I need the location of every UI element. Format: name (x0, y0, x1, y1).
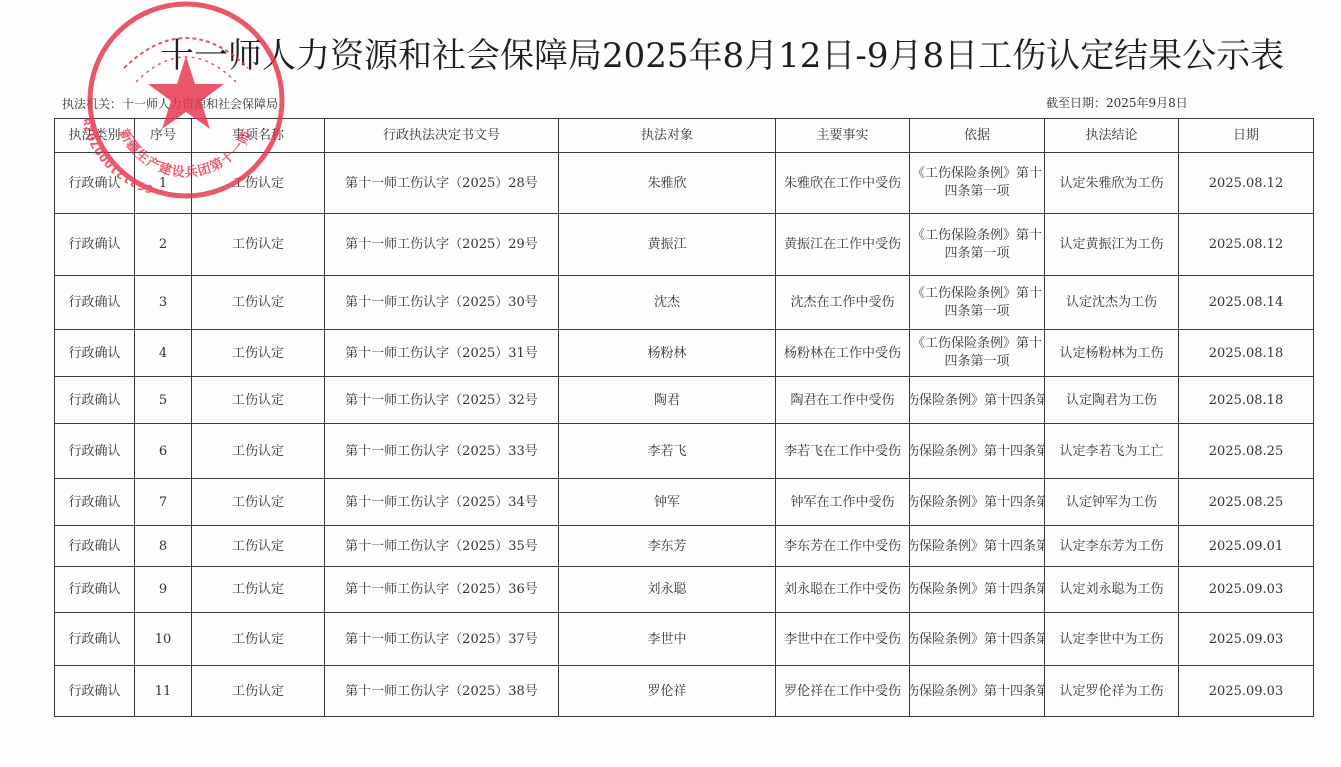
cell-date: 2025.09.03 (1179, 666, 1314, 717)
cell-subject: 李世中 (559, 613, 776, 666)
table-row: 行政确认1工伤认定第十一师工伤认字（2025）28号朱雅欣朱雅欣在工作中受伤《工… (55, 153, 1314, 214)
cell-basis: 《工伤保险条例》第十四条第一项 (910, 567, 1045, 613)
cell-item: 工伤认定 (192, 276, 325, 330)
cell-basis: 《工伤保险条例》第十四条第一项 (910, 153, 1045, 214)
cell-date: 2025.09.03 (1179, 613, 1314, 666)
cell-subject: 沈杰 (559, 276, 776, 330)
cell-conclusion: 认定李东芳为工伤 (1045, 526, 1179, 567)
basis-text: 《工伤保险条例》第十四条第一项 (910, 392, 1045, 409)
table-row: 行政确认3工伤认定第十一师工伤认字（2025）30号沈杰沈杰在工作中受伤《工伤保… (55, 276, 1314, 330)
cell-conclusion: 认定李若飞为工亡 (1045, 424, 1179, 479)
cell-no: 7 (135, 479, 192, 526)
cell-no: 5 (135, 377, 192, 424)
cell-fact: 李东芳在工作中受伤 (776, 526, 910, 567)
cell-category: 行政确认 (55, 526, 135, 567)
cell-conclusion: 认定杨粉林为工伤 (1045, 330, 1179, 377)
table-row: 行政确认7工伤认定第十一师工伤认字（2025）34号钟军钟军在工作中受伤《工伤保… (55, 479, 1314, 526)
cell-item: 工伤认定 (192, 424, 325, 479)
cell-fact: 黄振江在工作中受伤 (776, 214, 910, 276)
cell-subject: 陶君 (559, 377, 776, 424)
cell-no: 2 (135, 214, 192, 276)
cell-fact: 钟军在工作中受伤 (776, 479, 910, 526)
cell-doc-no: 第十一师工伤认字（2025）34号 (325, 479, 559, 526)
cell-date: 2025.08.18 (1179, 330, 1314, 377)
cell-fact: 沈杰在工作中受伤 (776, 276, 910, 330)
cutoff-date: 截至日期：2025年9月8日 (1046, 94, 1188, 111)
enforcement-agency: 执法机关：十一师人力资源和社会保障局 (62, 95, 278, 112)
table-row: 行政确认4工伤认定第十一师工伤认字（2025）31号杨粉林杨粉林在工作中受伤《工… (55, 330, 1314, 377)
results-table: 执法类别 序号 事项名称 行政执法决定书文号 执法对象 主要事实 依据 执法结论… (54, 118, 1314, 717)
cell-category: 行政确认 (55, 330, 135, 377)
table-row: 行政确认8工伤认定第十一师工伤认字（2025）35号李东芳李东芳在工作中受伤《工… (55, 526, 1314, 567)
header-doc-no: 行政执法决定书文号 (325, 119, 559, 153)
cell-basis: 《工伤保险条例》第十四条第一项 (910, 377, 1045, 424)
cell-doc-no: 第十一师工伤认字（2025）31号 (325, 330, 559, 377)
cell-basis: 《工伤保险条例》第十四条第一项 (910, 276, 1045, 330)
header-conclusion: 执法结论 (1045, 119, 1179, 153)
cell-subject: 杨粉林 (559, 330, 776, 377)
cell-date: 2025.08.18 (1179, 377, 1314, 424)
cell-doc-no: 第十一师工伤认字（2025）28号 (325, 153, 559, 214)
cell-subject: 钟军 (559, 479, 776, 526)
table-row: 行政确认5工伤认定第十一师工伤认字（2025）32号陶君陶君在工作中受伤《工伤保… (55, 377, 1314, 424)
cell-doc-no: 第十一师工伤认字（2025）36号 (325, 567, 559, 613)
cell-basis: 《工伤保险条例》第十四条第一项 (910, 214, 1045, 276)
table-header-row: 执法类别 序号 事项名称 行政执法决定书文号 执法对象 主要事实 依据 执法结论… (55, 119, 1314, 153)
header-basis: 依据 (910, 119, 1045, 153)
cell-doc-no: 第十一师工伤认字（2025）37号 (325, 613, 559, 666)
cell-basis: 《工伤保险条例》第十四条第一项 (910, 424, 1045, 479)
cell-item: 工伤认定 (192, 526, 325, 567)
cell-doc-no: 第十一师工伤认字（2025）33号 (325, 424, 559, 479)
cell-no: 4 (135, 330, 192, 377)
cell-basis: 《工伤保险条例》第十四条第一项 (910, 479, 1045, 526)
table-body: 行政确认1工伤认定第十一师工伤认字（2025）28号朱雅欣朱雅欣在工作中受伤《工… (55, 153, 1314, 717)
cell-date: 2025.08.12 (1179, 153, 1314, 214)
basis-text: 《工伤保险条例》第十四条第一项 (910, 494, 1045, 511)
cell-item: 工伤认定 (192, 567, 325, 613)
cell-conclusion: 认定钟军为工伤 (1045, 479, 1179, 526)
cell-item: 工伤认定 (192, 153, 325, 214)
cell-subject: 李若飞 (559, 424, 776, 479)
cell-fact: 罗伦祥在工作中受伤 (776, 666, 910, 717)
table-row: 行政确认2工伤认定第十一师工伤认字（2025）29号黄振江黄振江在工作中受伤《工… (55, 214, 1314, 276)
cell-date: 2025.09.01 (1179, 526, 1314, 567)
cell-conclusion: 认定朱雅欣为工伤 (1045, 153, 1179, 214)
cell-subject: 黄振江 (559, 214, 776, 276)
cell-basis: 《工伤保险条例》第十四条第一项 (910, 330, 1045, 377)
cell-category: 行政确认 (55, 613, 135, 666)
cell-subject: 刘永聪 (559, 567, 776, 613)
cell-conclusion: 认定黄振江为工伤 (1045, 214, 1179, 276)
cell-fact: 刘永聪在工作中受伤 (776, 567, 910, 613)
table-row: 行政确认6工伤认定第十一师工伤认字（2025）33号李若飞李若飞在工作中受伤《工… (55, 424, 1314, 479)
cell-date: 2025.08.14 (1179, 276, 1314, 330)
cell-category: 行政确认 (55, 214, 135, 276)
basis-text: 《工伤保险条例》第十四条第一项 (910, 581, 1045, 598)
cell-basis: 《工伤保险条例》第十四条第一项 (910, 526, 1045, 567)
header-fact: 主要事实 (776, 119, 910, 153)
page-title: 十一师人力资源和社会保障局2025年8月12日-9月8日工伤认定结果公示表 (160, 28, 1220, 77)
cell-fact: 李世中在工作中受伤 (776, 613, 910, 666)
cell-conclusion: 认定罗伦祥为工伤 (1045, 666, 1179, 717)
header-no: 序号 (135, 119, 192, 153)
cell-item: 工伤认定 (192, 479, 325, 526)
table-row: 行政确认10工伤认定第十一师工伤认字（2025）37号李世中李世中在工作中受伤《… (55, 613, 1314, 666)
cell-doc-no: 第十一师工伤认字（2025）32号 (325, 377, 559, 424)
cell-fact: 朱雅欣在工作中受伤 (776, 153, 910, 214)
cell-item: 工伤认定 (192, 613, 325, 666)
cell-conclusion: 认定李世中为工伤 (1045, 613, 1179, 666)
cell-date: 2025.09.03 (1179, 567, 1314, 613)
cell-fact: 李若飞在工作中受伤 (776, 424, 910, 479)
cell-item: 工伤认定 (192, 214, 325, 276)
cell-no: 3 (135, 276, 192, 330)
cell-item: 工伤认定 (192, 666, 325, 717)
cell-fact: 陶君在工作中受伤 (776, 377, 910, 424)
cell-no: 10 (135, 613, 192, 666)
cell-doc-no: 第十一师工伤认字（2025）35号 (325, 526, 559, 567)
cell-conclusion: 认定刘永聪为工伤 (1045, 567, 1179, 613)
cell-no: 9 (135, 567, 192, 613)
basis-text: 《工伤保险条例》第十四条第一项 (910, 538, 1045, 555)
cell-category: 行政确认 (55, 666, 135, 717)
cell-category: 行政确认 (55, 479, 135, 526)
header-subject: 执法对象 (559, 119, 776, 153)
basis-text: 《工伤保险条例》第十四条第一项 (910, 683, 1045, 700)
cell-category: 行政确认 (55, 567, 135, 613)
cell-date: 2025.08.25 (1179, 479, 1314, 526)
cell-doc-no: 第十一师工伤认字（2025）38号 (325, 666, 559, 717)
cell-doc-no: 第十一师工伤认字（2025）29号 (325, 214, 559, 276)
basis-text: 《工伤保险条例》第十四条第一项 (910, 631, 1045, 648)
cell-no: 1 (135, 153, 192, 214)
cell-basis: 《工伤保险条例》第十四条第一项 (910, 613, 1045, 666)
cell-no: 8 (135, 526, 192, 567)
table-row: 行政确认9工伤认定第十一师工伤认字（2025）36号刘永聪刘永聪在工作中受伤《工… (55, 567, 1314, 613)
basis-text: 《工伤保险条例》第十四条第一项 (910, 443, 1045, 460)
cell-date: 2025.08.12 (1179, 214, 1314, 276)
cell-category: 行政确认 (55, 424, 135, 479)
cell-category: 行政确认 (55, 153, 135, 214)
cell-basis: 《工伤保险条例》第十四条第一项 (910, 666, 1045, 717)
cell-item: 工伤认定 (192, 330, 325, 377)
cell-subject: 李东芳 (559, 526, 776, 567)
cell-category: 行政确认 (55, 377, 135, 424)
cell-subject: 朱雅欣 (559, 153, 776, 214)
cell-date: 2025.08.25 (1179, 424, 1314, 479)
cell-doc-no: 第十一师工伤认字（2025）30号 (325, 276, 559, 330)
cell-no: 6 (135, 424, 192, 479)
header-category: 执法类别 (55, 119, 135, 153)
cell-item: 工伤认定 (192, 377, 325, 424)
header-item: 事项名称 (192, 119, 325, 153)
header-date: 日期 (1179, 119, 1314, 153)
cell-category: 行政确认 (55, 276, 135, 330)
cell-conclusion: 认定沈杰为工伤 (1045, 276, 1179, 330)
table-row: 行政确认11工伤认定第十一师工伤认字（2025）38号罗伦祥罗伦祥在工作中受伤《… (55, 666, 1314, 717)
cell-conclusion: 认定陶君为工伤 (1045, 377, 1179, 424)
cell-fact: 杨粉林在工作中受伤 (776, 330, 910, 377)
cell-subject: 罗伦祥 (559, 666, 776, 717)
cell-no: 11 (135, 666, 192, 717)
